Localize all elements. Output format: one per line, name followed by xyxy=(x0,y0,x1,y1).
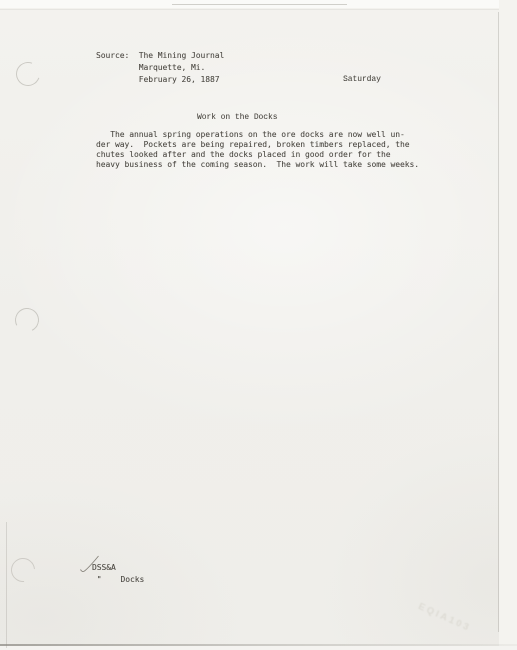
weekday-label: Saturday xyxy=(343,74,381,86)
embossed-stamp: EQIA103 xyxy=(417,601,473,634)
hole-punch-ring-bottom xyxy=(6,553,40,587)
scanned-document-page: Source: The Mining Journal Marquette, Mi… xyxy=(0,0,517,650)
page-right-edge-line xyxy=(498,12,499,632)
scan-bottom-margin xyxy=(0,646,517,650)
article-title: Work on the Docks xyxy=(197,112,278,124)
pen-tick-icon xyxy=(79,555,100,574)
scan-top-edge-shadow xyxy=(0,9,517,10)
article-body: The annual spring operations on the ore … xyxy=(96,130,419,170)
page-left-edge-line xyxy=(6,522,7,648)
hole-punch-ring-top xyxy=(12,58,44,90)
hole-punch-ring-middle xyxy=(12,305,42,335)
scan-right-margin xyxy=(499,0,517,650)
source-citation-block: Source: The Mining Journal Marquette, Mi… xyxy=(96,50,224,86)
scan-top-edge-line xyxy=(172,4,347,5)
